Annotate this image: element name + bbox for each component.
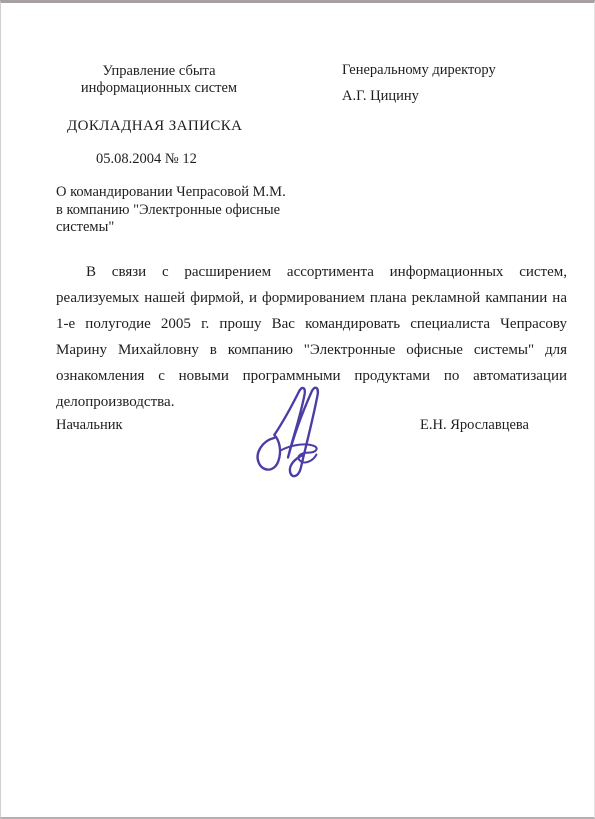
- signer-name: Е.Н. Ярославцева: [420, 417, 529, 434]
- doc-type-title: ДОКЛАДНАЯ ЗАПИСКА: [67, 118, 242, 135]
- org-name: Управление сбыта информационных систем: [59, 63, 259, 97]
- signature-stroke-tail: [280, 444, 316, 462]
- recipient-block: Генеральному директору А.Г. Цицину: [342, 62, 572, 105]
- memo-page: Управление сбыта информационных систем Г…: [0, 0, 595, 819]
- subject-line: О командировании Чепрасовой М.М. в компа…: [56, 184, 366, 237]
- signer-position: Начальник: [56, 417, 123, 434]
- recipient-title: Генеральному директору: [342, 62, 572, 79]
- signature-stroke-main: [258, 388, 318, 476]
- signature-ink: [243, 384, 335, 482]
- doc-date-number: 05.08.2004 № 12: [96, 151, 197, 168]
- recipient-name: А.Г. Цицину: [342, 88, 572, 105]
